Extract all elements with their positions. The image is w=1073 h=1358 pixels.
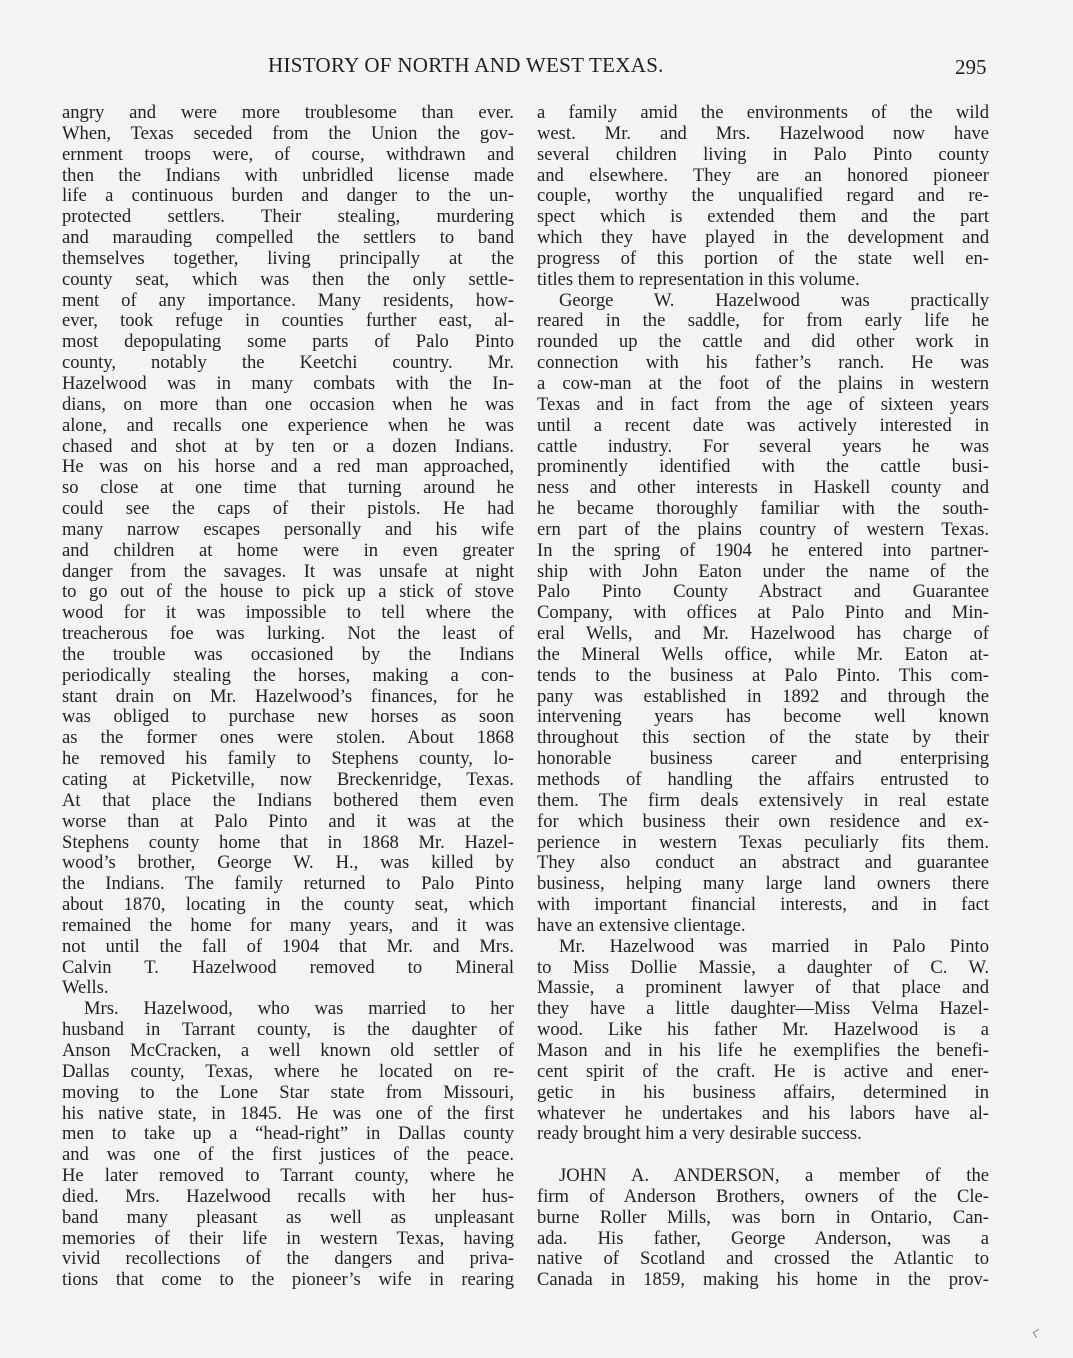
text-line: could see the caps of their pistols. He … (62, 499, 514, 520)
text-line: with important financial interests, and … (537, 895, 989, 916)
text-line: George W. Hazelwood was practically (537, 291, 989, 312)
text-line: they have a little daughter—Miss Velma H… (537, 999, 989, 1020)
text-line: themselves together, living principally … (62, 249, 514, 270)
text-line: reared in the saddle, for from early lif… (537, 311, 989, 332)
text-line: not until the fall of 1904 that Mr. and … (62, 937, 514, 958)
text-line: ern part of the plains country of wester… (537, 520, 989, 541)
text-line: ada. His father, George Anderson, was a (537, 1229, 989, 1250)
text-line: his native state, in 1845. He was one of… (62, 1104, 514, 1125)
text-line: chased and shot at by ten or a dozen Ind… (62, 437, 514, 458)
text-line: worse than at Palo Pinto and it was at t… (62, 812, 514, 833)
text-line: JOHN A. ANDERSON, a member of the (537, 1166, 989, 1187)
text-line: stant drain on Mr. Hazelwood’s finances,… (62, 687, 514, 708)
text-line: many narrow escapes personally and his w… (62, 520, 514, 541)
text-line: he became thoroughly familiar with the s… (537, 499, 989, 520)
text-line: When, Texas seceded from the Union the g… (62, 124, 514, 145)
text-line: intervening years has become well known (537, 707, 989, 728)
text-line: treacherous foe was lurking. Not the lea… (62, 624, 514, 645)
text-line: wood’s brother, George W. H., was killed… (62, 853, 514, 874)
text-line: band many pleasant as well as unpleasant (62, 1208, 514, 1229)
text-line: wood for it was impossible to tell where… (62, 603, 514, 624)
text-line: whatever he undertakes and his labors ha… (537, 1104, 989, 1125)
text-line: county seat, which was then the only set… (62, 270, 514, 291)
text-line: Calvin T. Hazelwood removed to Mineral (62, 958, 514, 979)
text-line: perience in western Texas peculiarly fit… (537, 833, 989, 854)
text-line: couple, worthy the unqualified regard an… (537, 186, 989, 207)
text-line: until a recent date was actively interes… (537, 416, 989, 437)
text-line: Stephens county home that in 1868 Mr. Ha… (62, 833, 514, 854)
text-line: for which business their own residence a… (537, 812, 989, 833)
text-line: Hazelwood was in many combats with the I… (62, 374, 514, 395)
text-line: business, helping many large land owners… (537, 874, 989, 895)
text-line: to go out of the house to pick up a stic… (62, 582, 514, 603)
text-line: danger from the savages. It was unsafe a… (62, 562, 514, 583)
text-line: life a continuous burden and danger to t… (62, 186, 514, 207)
running-title: HISTORY OF NORTH AND WEST TEXAS. (268, 53, 664, 78)
text-line: firm of Anderson Brothers, owners of the… (537, 1187, 989, 1208)
text-line: memories of their life in western Texas,… (62, 1229, 514, 1250)
text-line: At that place the Indians bothered them … (62, 791, 514, 812)
text-line: Canada in 1859, making his home in the p… (537, 1270, 989, 1291)
text-line: them. The firm deals extensively in real… (537, 791, 989, 812)
text-line: a family amid the environments of the wi… (537, 103, 989, 124)
text-line: the Indians. The family returned to Palo… (62, 874, 514, 895)
page-corner-mark (1033, 1329, 1043, 1339)
text-line: He was on his horse and a red man approa… (62, 457, 514, 478)
text-line: throughout this section of the state by … (537, 728, 989, 749)
paragraph-gap (537, 1145, 989, 1166)
text-line: to Miss Dollie Massie, a daughter of C. … (537, 958, 989, 979)
text-line: several children living in Palo Pinto co… (537, 145, 989, 166)
text-line: dians, on more than one occasion when he… (62, 395, 514, 416)
text-line: then the Indians with unbridled license … (62, 166, 514, 187)
text-line: Mason and in his life he exemplifies the… (537, 1041, 989, 1062)
text-line: native of Scotland and crossed the Atlan… (537, 1249, 989, 1270)
text-line: west. Mr. and Mrs. Hazelwood now have (537, 124, 989, 145)
text-line: most depopulating some parts of Palo Pin… (62, 332, 514, 353)
text-line: Dallas county, Texas, where he located o… (62, 1062, 514, 1083)
text-line: cent spirit of the craft. He is active a… (537, 1062, 989, 1083)
text-line: and was one of the first justices of the… (62, 1145, 514, 1166)
text-line: which they have played in the developmen… (537, 228, 989, 249)
text-line: honorable business career and enterprisi… (537, 749, 989, 770)
left-text-column: angry and were more troublesome than eve… (62, 103, 514, 1291)
page-number: 295 (955, 55, 987, 80)
text-line: the trouble was occasioned by the Indian… (62, 645, 514, 666)
text-line: cattle industry. For several years he wa… (537, 437, 989, 458)
text-line: ment of any importance. Many residents, … (62, 291, 514, 312)
text-line: and elsewhere. They are an honored pione… (537, 166, 989, 187)
text-line: eral Wells, and Mr. Hazelwood has charge… (537, 624, 989, 645)
text-line: about 1870, locating in the county seat,… (62, 895, 514, 916)
text-line: ship with John Eaton under the name of t… (537, 562, 989, 583)
text-line: as the former ones were stolen. About 18… (62, 728, 514, 749)
text-line: Massie, a prominent lawyer of that place… (537, 978, 989, 999)
text-line: tends to the business at Palo Pinto. Thi… (537, 666, 989, 687)
text-line: vivid recollections of the dangers and p… (62, 1249, 514, 1270)
text-line: a cow-man at the foot of the plains in w… (537, 374, 989, 395)
text-line: county, notably the Keetchi country. Mr. (62, 353, 514, 374)
text-line: was obliged to purchase new horses as so… (62, 707, 514, 728)
text-line: progress of this portion of the state we… (537, 249, 989, 270)
text-line: remained the home for many years, and it… (62, 916, 514, 937)
text-line: They also conduct an abstract and guaran… (537, 853, 989, 874)
text-line: died. Mrs. Hazelwood recalls with her hu… (62, 1187, 514, 1208)
text-line: He later removed to Tarrant county, wher… (62, 1166, 514, 1187)
text-line: cating at Picketville, now Breckenridge,… (62, 770, 514, 791)
text-line: men to take up a “head-right” in Dallas … (62, 1124, 514, 1145)
text-line: wood. Like his father Mr. Hazelwood is a (537, 1020, 989, 1041)
text-line: burne Roller Mills, was born in Ontario,… (537, 1208, 989, 1229)
text-line: alone, and recalls one experience when h… (62, 416, 514, 437)
text-line: husband in Tarrant county, is the daught… (62, 1020, 514, 1041)
text-line: In the spring of 1904 he entered into pa… (537, 541, 989, 562)
text-line: rounded up the cattle and did other work… (537, 332, 989, 353)
text-line: spect which is extended them and the par… (537, 207, 989, 228)
text-line: he removed his family to Stephens county… (62, 749, 514, 770)
text-line: Wells. (62, 978, 514, 999)
page-header: HISTORY OF NORTH AND WEST TEXAS. 295 (0, 53, 1073, 83)
text-line: getic in his business affairs, determine… (537, 1083, 989, 1104)
text-line: tions that come to the pioneer’s wife in… (62, 1270, 514, 1291)
text-line: protected settlers. Their stealing, murd… (62, 207, 514, 228)
text-line: methods of handling the affairs entruste… (537, 770, 989, 791)
text-line: ness and other interests in Haskell coun… (537, 478, 989, 499)
text-line: prominently identified with the cattle b… (537, 457, 989, 478)
text-line: Mrs. Hazelwood, who was married to her (62, 999, 514, 1020)
text-line: Company, with offices at Palo Pinto and … (537, 603, 989, 624)
text-line: Anson McCracken, a well known old settle… (62, 1041, 514, 1062)
text-line: so close at one time that turning around… (62, 478, 514, 499)
text-line: the Mineral Wells office, while Mr. Eato… (537, 645, 989, 666)
text-line: ever, took refuge in counties further ea… (62, 311, 514, 332)
text-line: periodically stealing the horses, making… (62, 666, 514, 687)
text-line: and children at home were in even greate… (62, 541, 514, 562)
text-line: and marauding compelled the settlers to … (62, 228, 514, 249)
text-line: ernment troops were, of course, withdraw… (62, 145, 514, 166)
text-line: titles them to representation in this vo… (537, 270, 989, 291)
text-line: pany was established in 1892 and through… (537, 687, 989, 708)
text-line: connection with his father’s ranch. He w… (537, 353, 989, 374)
text-line: ready brought him a very desirable succe… (537, 1124, 989, 1145)
text-line: moving to the Lone Star state from Misso… (62, 1083, 514, 1104)
text-line: angry and were more troublesome than eve… (62, 103, 514, 124)
text-line: Palo Pinto County Abstract and Guarantee (537, 582, 989, 603)
text-line: Texas and in fact from the age of sixtee… (537, 395, 989, 416)
text-line: have an extensive clientage. (537, 916, 989, 937)
right-text-column: a family amid the environments of the wi… (537, 103, 989, 1291)
text-line: Mr. Hazelwood was married in Palo Pinto (537, 937, 989, 958)
